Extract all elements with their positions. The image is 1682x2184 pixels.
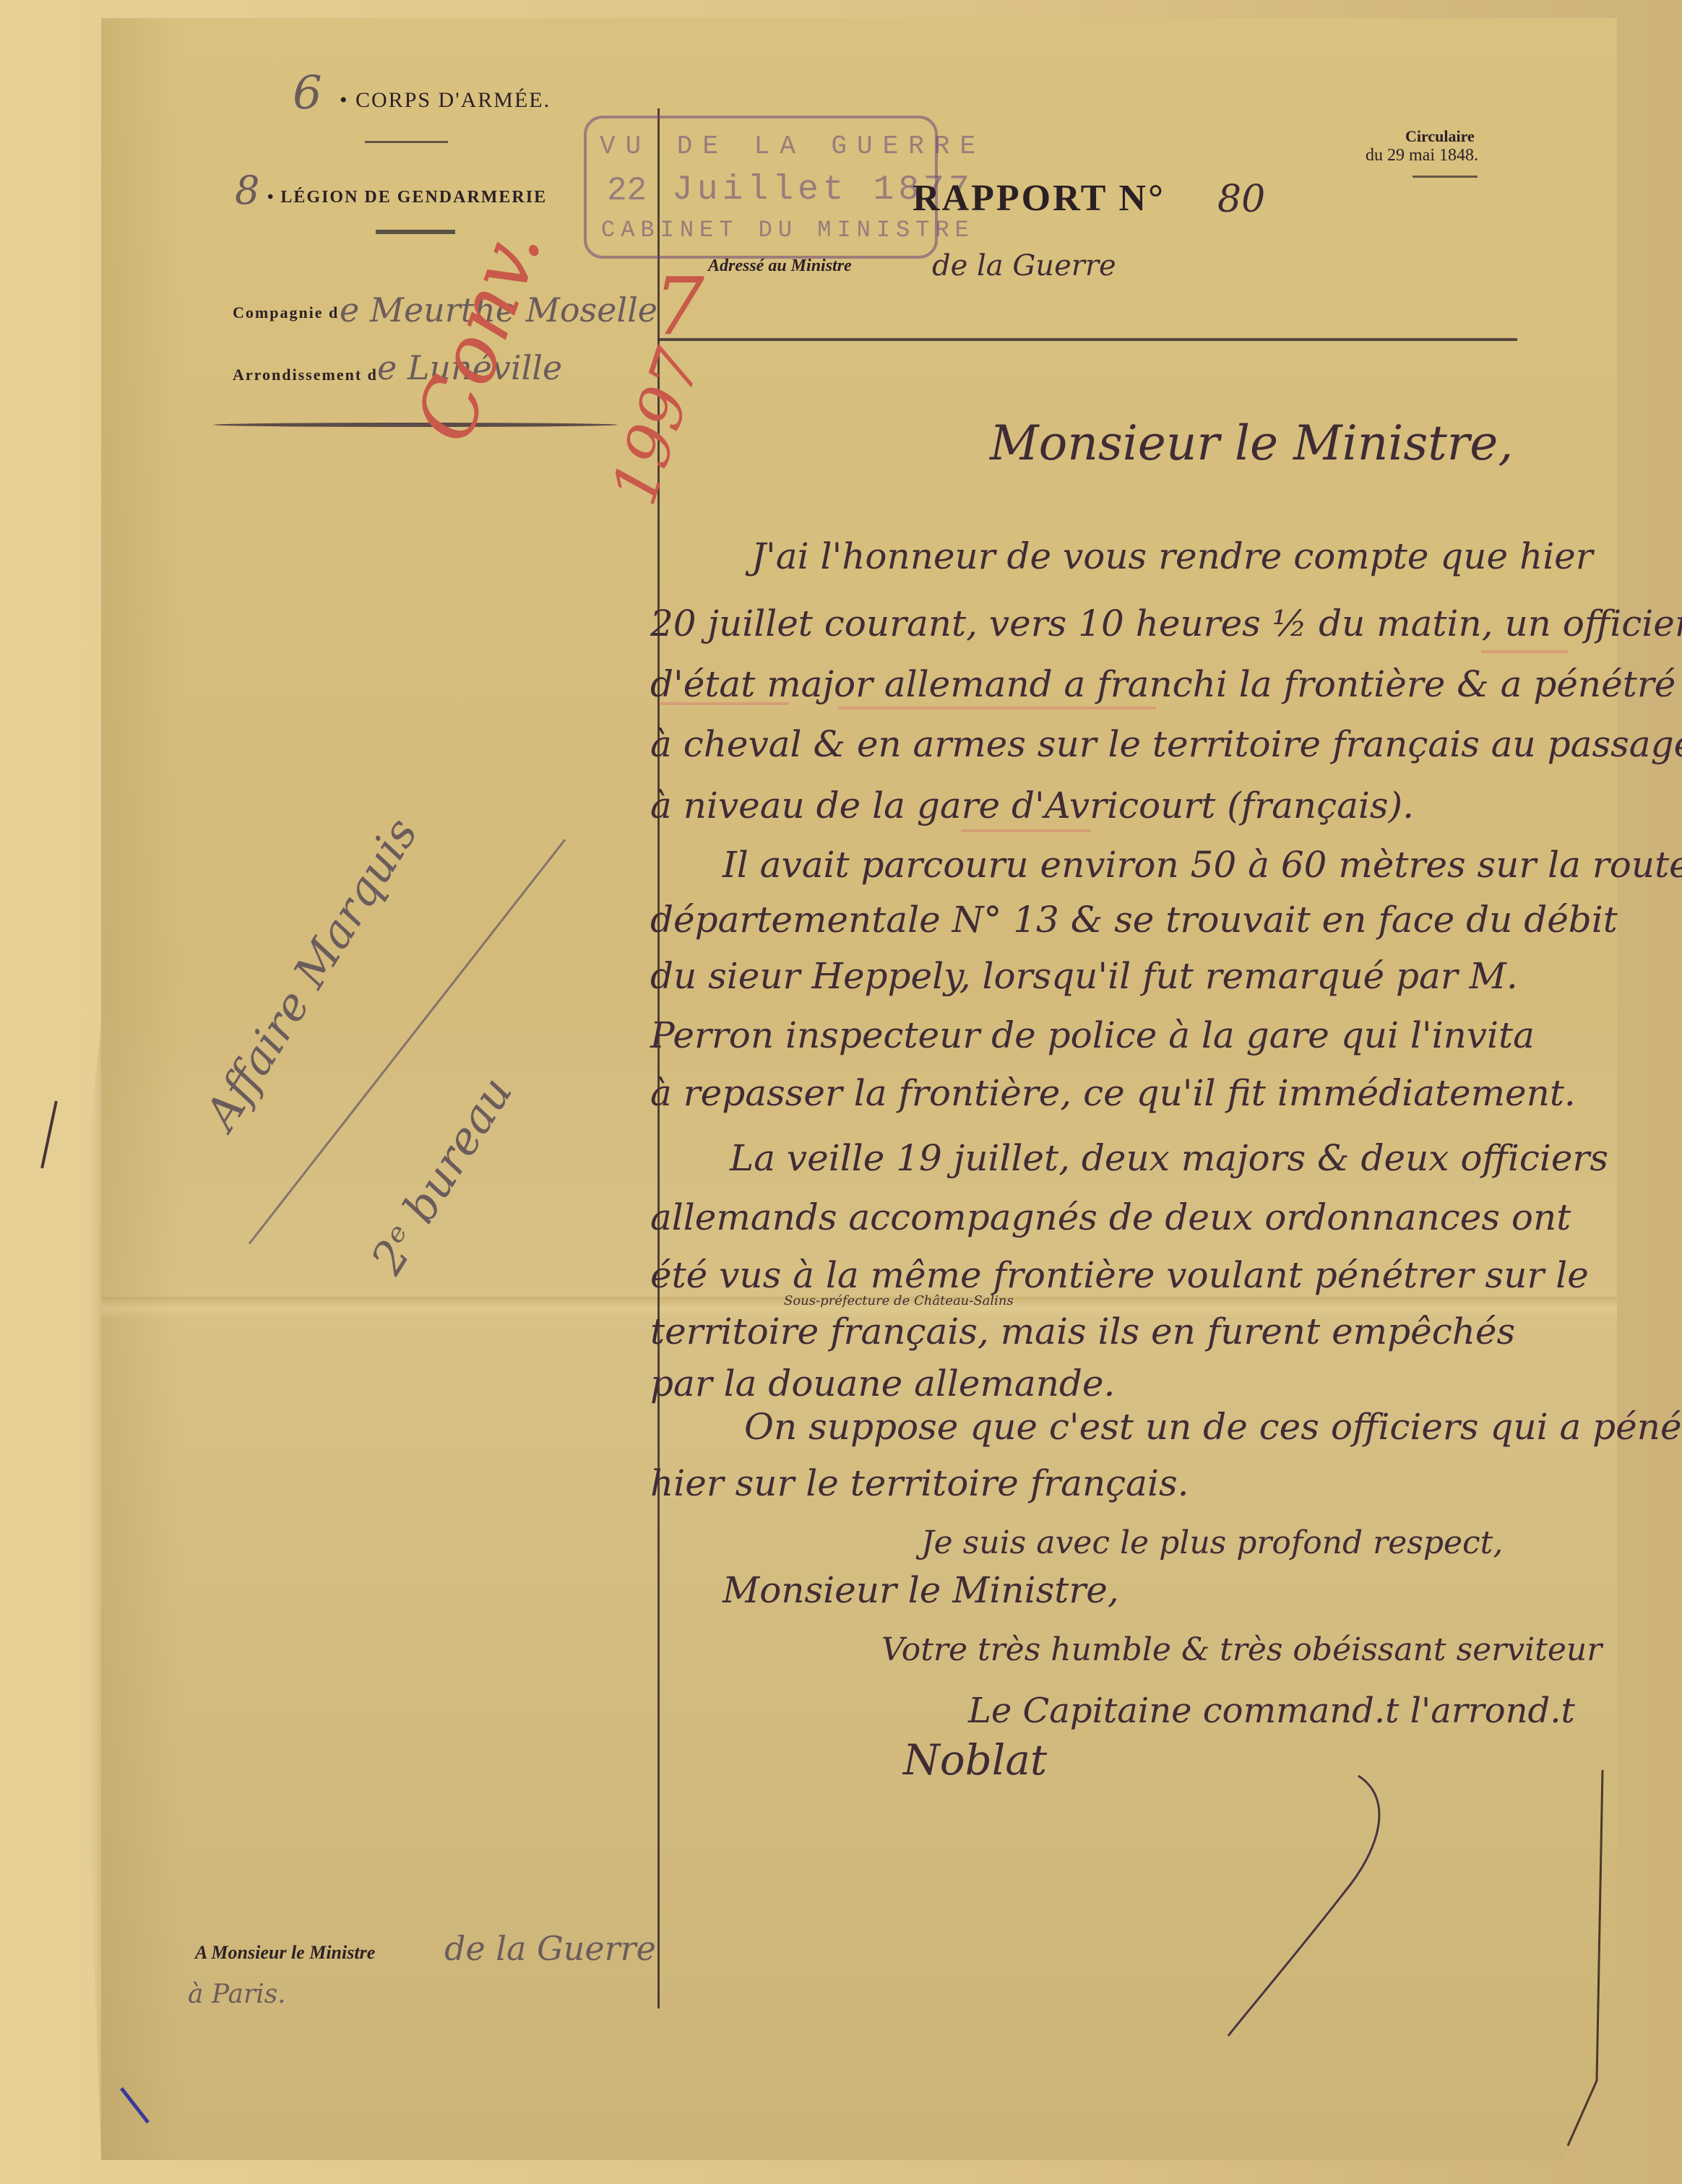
signature-flourish: [0, 0, 1682, 2184]
footer-city: à Paris.: [188, 1980, 286, 2009]
footer-address-value: de la Guerre: [444, 1929, 656, 1968]
footer-address-label: A Monsieur le Ministre: [195, 1942, 375, 1964]
